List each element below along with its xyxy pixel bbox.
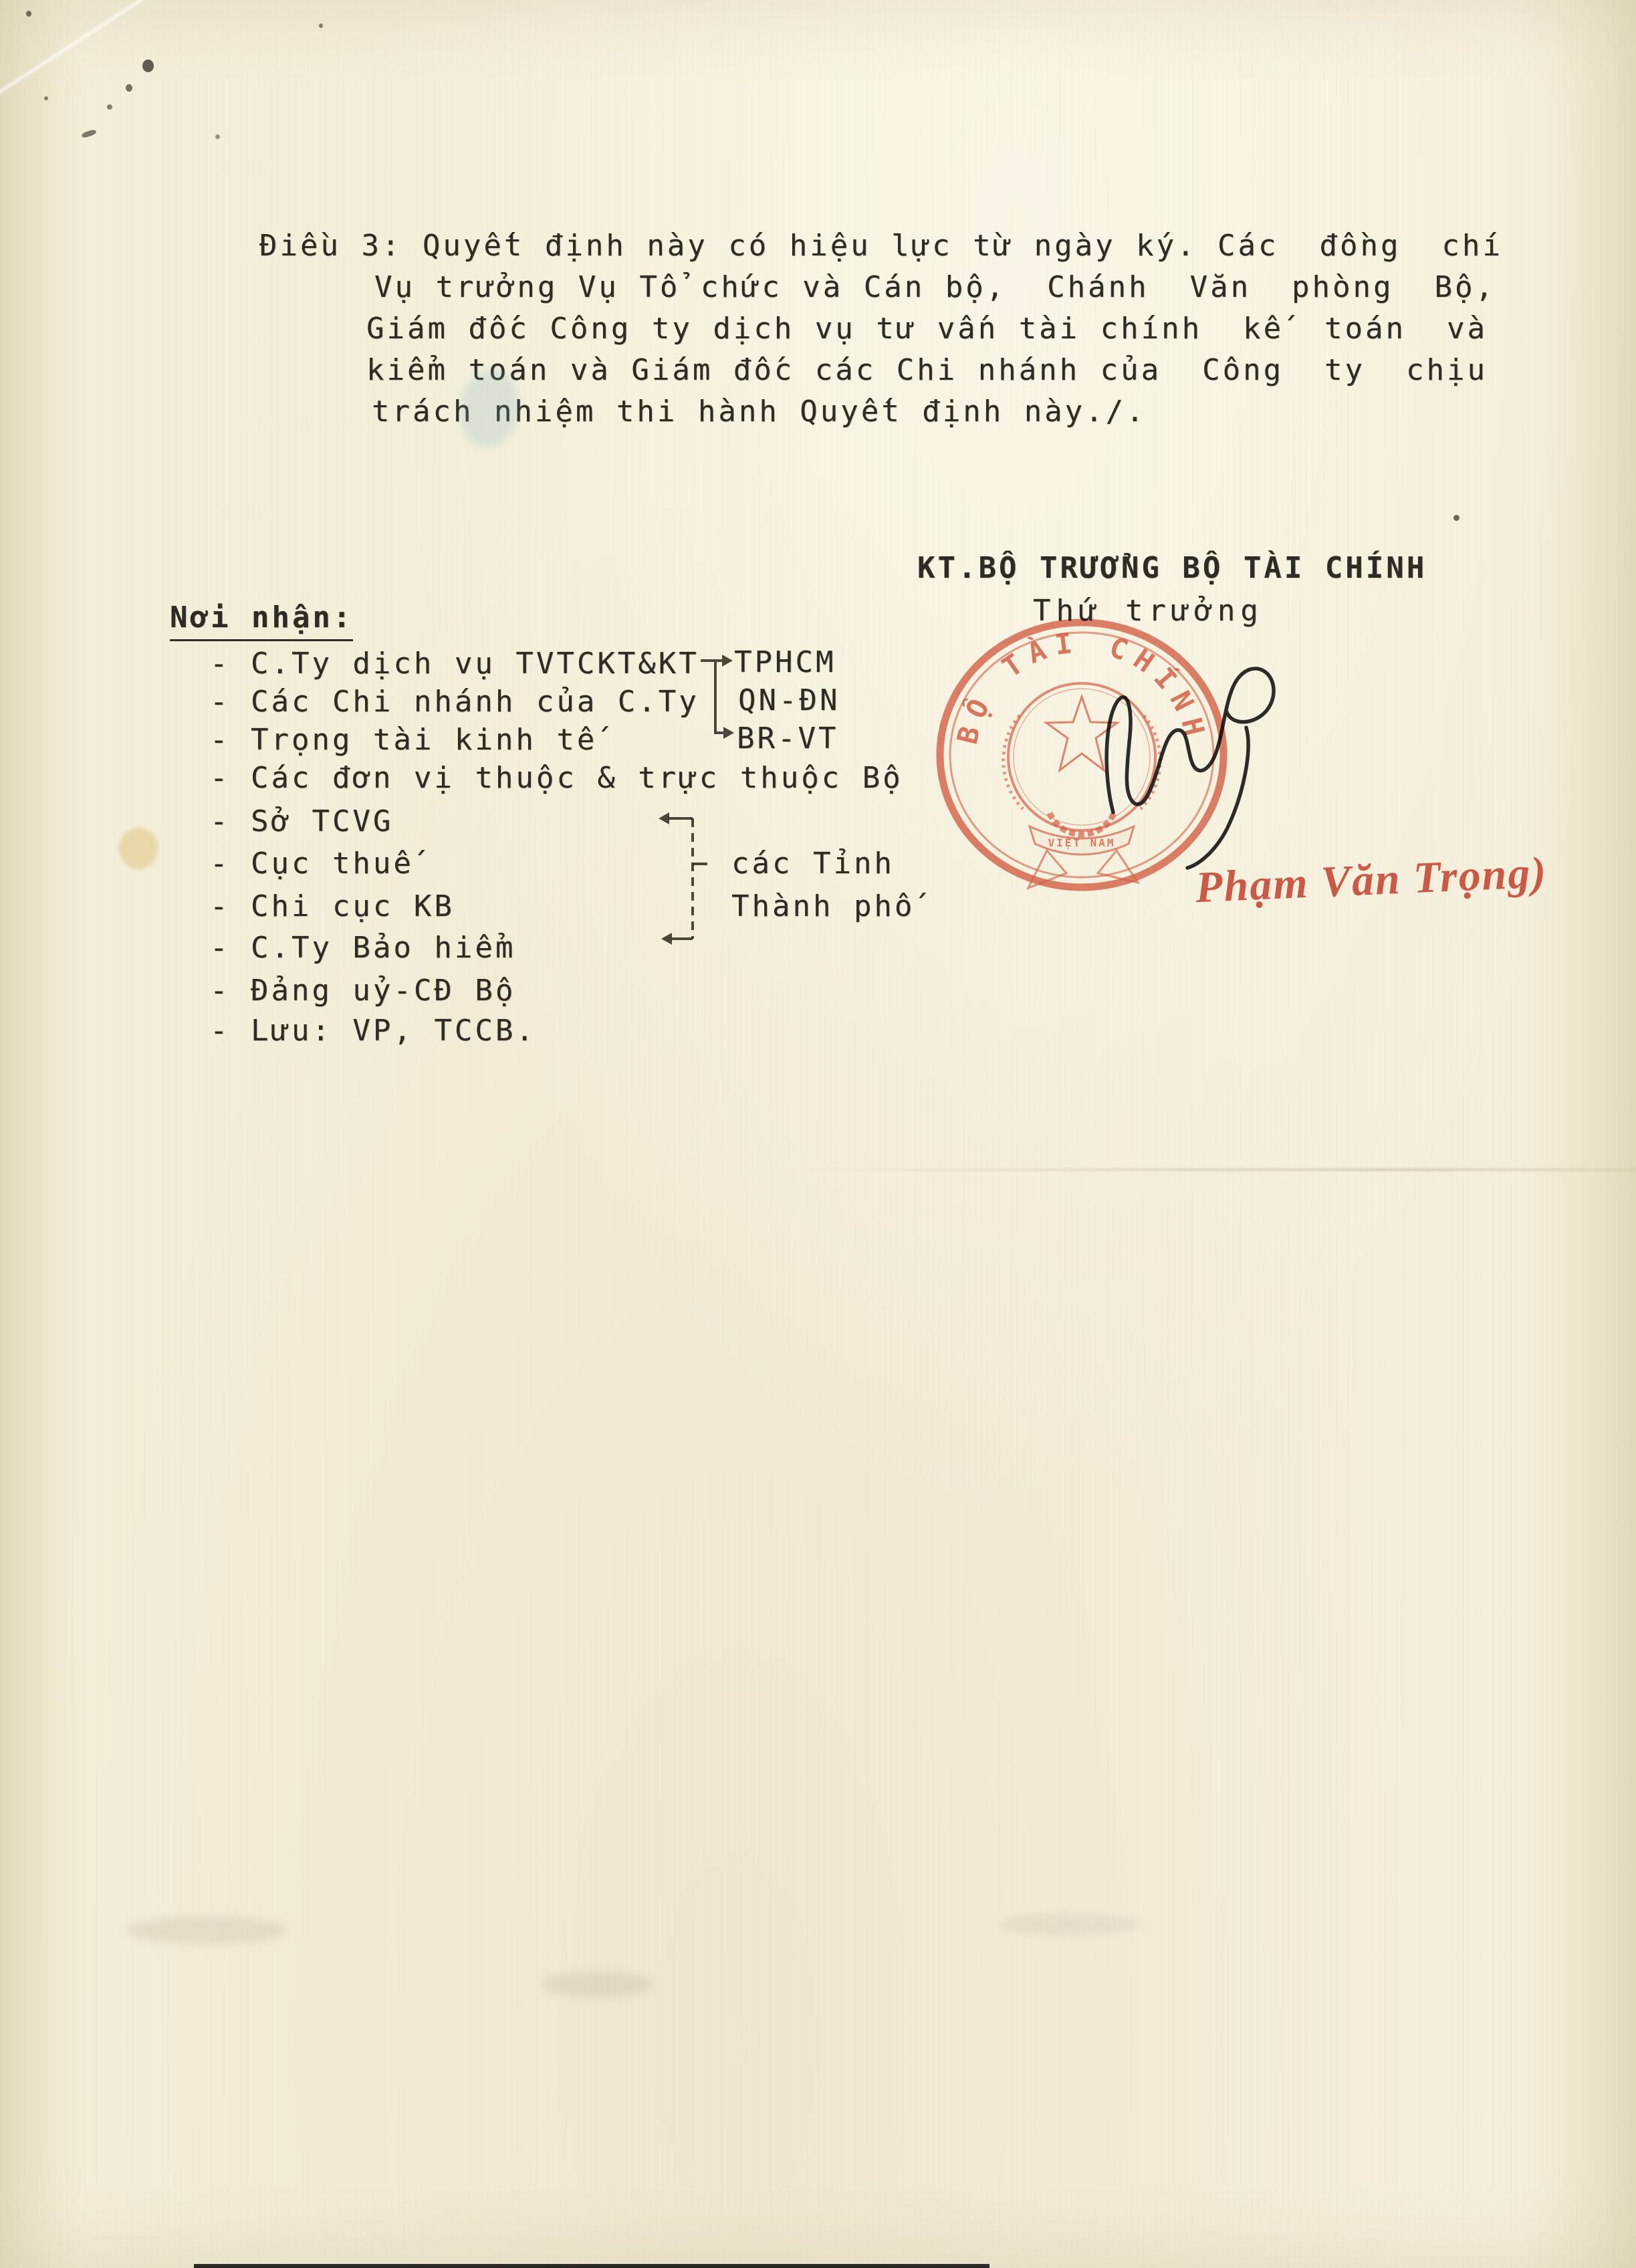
- emblem-star-icon: [1046, 697, 1117, 770]
- province-group-label: các Tỉnh: [731, 846, 895, 882]
- recipient-item: - Chi cục KB: [210, 889, 455, 925]
- recipient-item: - Sở TCVG: [210, 804, 393, 840]
- recipient-item: - C.Ty dịch vụ TVTCKT&KT: [210, 647, 699, 682]
- recipient-item: - Các Chi nhánh của C.Ty: [210, 685, 699, 720]
- seal-banner-text: VIỆT NAM: [1048, 836, 1115, 849]
- pencil-smudge: [543, 1971, 653, 1998]
- ink-speck: [126, 84, 132, 92]
- fold-crease: [769, 1169, 1636, 1171]
- paper-stain: [119, 828, 158, 869]
- ink-speck: [1453, 515, 1459, 521]
- branch-destination: BR-VT: [737, 721, 838, 757]
- emblem-wreath-circle: [1008, 683, 1155, 830]
- article-line: kiểm toán và Giám đốc các Chi nhánh của …: [366, 353, 1488, 388]
- pencil-smudge: [1000, 1914, 1140, 1935]
- branch-destination: TPHCM: [734, 645, 836, 681]
- ink-speck: [107, 104, 112, 110]
- article-line: Điều 3: Quyết định này có hiệu lực từ ng…: [259, 229, 1503, 264]
- ink-speck: [44, 96, 48, 100]
- recipient-item: - Đảng uỷ-CĐ Bộ: [210, 974, 515, 1009]
- scanned-document-page: Điều 3: Quyết định này có hiệu lực từ ng…: [0, 0, 1636, 2268]
- ink-speck: [142, 60, 154, 72]
- branch-destination: QN-ĐN: [738, 683, 840, 719]
- ministry-seal-stamp: BỘ TÀI CHÍNH VIỆT NAM: [929, 615, 1234, 896]
- recipient-item: - Trọng tài kinh tế: [210, 723, 597, 758]
- recipient-item: - Các đơn vị thuộc & trực thuộc Bộ: [210, 761, 903, 796]
- province-group-label: Thành phố: [731, 889, 915, 925]
- recipient-item: - Cục thuế: [210, 846, 414, 882]
- article-line: Giám đốc Công ty dịch vụ tư vấn tài chín…: [366, 312, 1488, 347]
- ink-speck: [319, 23, 323, 28]
- scan-edge-artifact: [194, 2264, 989, 2268]
- article-line: Vụ trưởng Vụ Tổ chức và Cán bộ, Chánh Vă…: [374, 270, 1496, 306]
- recipient-item: - Lưu: VP, TCCB.: [210, 1014, 536, 1049]
- approval-title: KT.BỘ TRƯỞNG BỘ TÀI CHÍNH: [917, 551, 1427, 586]
- seal-arc-text: BỘ TÀI CHÍNH: [951, 626, 1213, 748]
- ink-speck: [26, 11, 31, 17]
- pencil-smudge: [126, 1916, 286, 1944]
- recipients-heading: Nơi nhận:: [170, 600, 353, 641]
- ink-speck: [215, 134, 220, 139]
- recipient-item: - C.Ty Bảo hiểm: [210, 931, 515, 966]
